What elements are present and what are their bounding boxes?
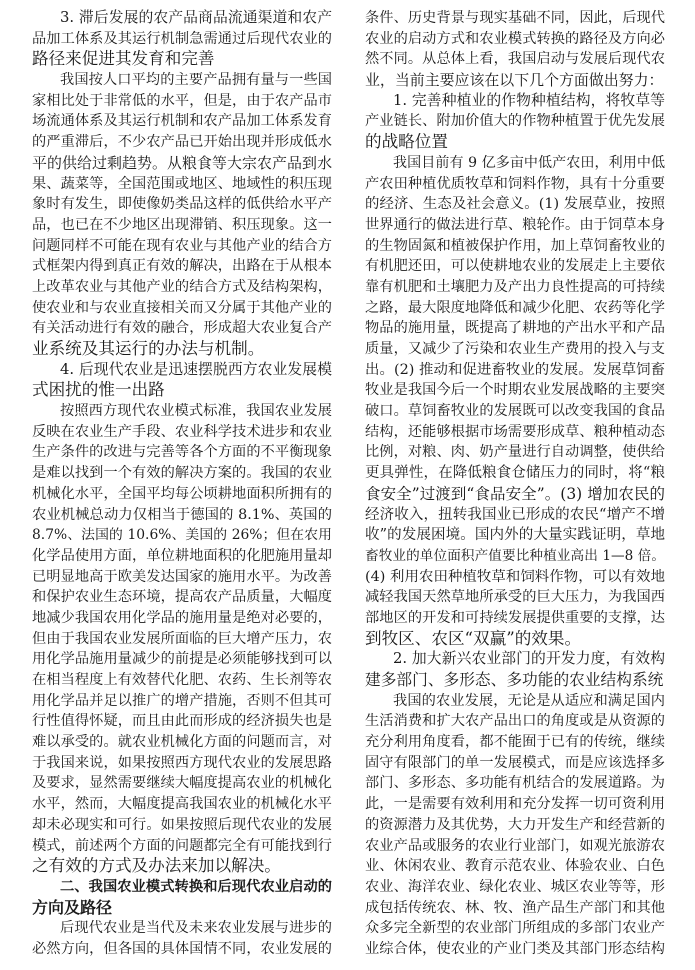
text-line: 农业的启动方式和农业模式转换的路径及方向必 [365,29,665,50]
text-line: 水平，然而，大幅度提高我国农业的机械化水平 [32,794,332,815]
text-line: 于我国来说，如果按照西方现代农业的发展思路 [32,753,332,774]
text-line: 是难以找到一个有效的解决方案的。我国的农业 [32,463,332,484]
text-line: 的资源潜力及其优势，大力开发生产和经营新的 [365,815,665,836]
text-line: 有关活动进行有效的融合，形成超大农业复合产 [32,318,332,339]
text-line: 物品的施用量，既提高了耕地的产出水平和产品 [365,318,665,339]
text-line: 破口。草饲畜牧业的发展既可以改变我国的食品 [365,401,665,422]
text-line: 部门、多形态、多功能有机结合的发展道路。为 [365,773,665,794]
text-line: 8.7%、法国的 10.6%、美国的 26%；但在农用 [32,525,332,546]
text-line: 式框架内得到真正有效的解决，出路在于从根本 [32,256,332,277]
text-line: 我国的农业发展，无论是从适应和满足国内 [365,691,665,712]
text-line: 部地区的开发和可持续发展提供重要的支撑，达 [365,608,665,629]
text-line: 食安全”过渡到“食品安全”。(3) 增加农民的 [365,484,665,505]
text-line: 行性值得怀疑，而且由此而形成的经济损失也是 [32,711,332,732]
text-line: 收”的发展困境。国内外的大量实践证明，草地 [365,525,665,546]
text-line: 条件、历史背景与现实基础不同，因此，后现代 [365,8,665,29]
text-line: 出。(2) 推动和促进畜牧业的发展。发展草饲畜 [365,360,665,381]
text-line: 1. 完善种植业的作物种植结构，将牧草等 [365,91,665,112]
text-line: 比例，对粮、肉、奶产量进行自动调整，使供给 [365,442,665,463]
text-line: 生产条件的改进与完善等各个方面的不平衡现象 [32,442,332,463]
text-line: 4. 后现代农业是迅速摆脱西方农业发展模 [32,360,332,381]
left-text-column: 3. 滞后发展的农产品商品流通渠道和农产品加工体系及其运行机制急需通过后现代农业… [32,8,332,960]
text-line: 减轻我国天然草地所承受的巨大压力，为我国西 [365,587,665,608]
text-line: 靠有机肥和土壤肥力及产出力良性提高的可持续 [365,277,665,298]
section-heading-line: 二、我国农业模式转换和后现代农业启动的 [32,877,332,898]
text-line: 世界通行的做法进行草、粮轮作。由于饲草本身 [365,215,665,236]
text-line: 牧业是我国今后一个时期农业发展战略的主要突 [365,380,665,401]
text-line: 及要求，显然需要继续大幅度提高农业的机械化 [32,773,332,794]
text-line: 更具弹性，在降低粮食仓储压力的同时，将“粮 [365,463,665,484]
text-line: 农业产品或服务的农业行业部门，如观光旅游农 [365,836,665,857]
text-line: 反映在农业生产手段、农业科学技术进步和农业 [32,422,332,443]
text-line: 机械化水平，全国平均每公顷耕地面积所拥有的 [32,484,332,505]
text-line: 果、蔬菜等，全国范围或地区、地域性的积压现 [32,174,332,195]
text-line: 用化学品并足以推广的增产措施，否则不但其可 [32,691,332,712]
text-line: 固守有限部门的单一发展模式，而是应该选择多 [365,753,665,774]
document-page: 3. 滞后发展的农产品商品流通渠道和农产品加工体系及其运行机制急需通过后现代农业… [0,0,695,970]
text-line: 和保护农业生态环境，提高农产品质量，大幅度 [32,587,332,608]
text-line: 之有效的方式及办法来加以解决。 [32,856,332,877]
text-line: 充分利用角度看，都不能囿于已有的传统，继续 [365,732,665,753]
text-line: 场流通体系及其运行机制和农产品加工体系发育 [32,111,332,132]
text-line: 后现代农业是当代及未来农业发展与进步的 [32,918,332,939]
text-line: 已明显地高于欧美发达国家的施用水平。为改善 [32,567,332,588]
text-line: 生活消费和扩大农产品出口的角度或是从资源的 [365,711,665,732]
text-line: 然不同。从总体上看，我国启动与发展后现代农 [365,49,665,70]
text-line: 模式，前述两个方面的问题都完全有可能找到行 [32,836,332,857]
text-line: 平的供给过剩趋势。从粮食等大宗农产品到水 [32,153,332,174]
text-line: 按照西方现代农业模式标准，我国农业发展 [32,401,332,422]
text-line: 的生物固氮和植被保护作用，加上草饲畜牧业的 [365,236,665,257]
text-line: 我国按人口平均的主要产品拥有量与一些国 [32,70,332,91]
text-line: 3. 滞后发展的农产品商品流通渠道和农产 [32,8,332,29]
text-line: 有机肥还田，可以使耕地农业的发展走上主要依 [365,256,665,277]
text-line: 此，一是需要有效利用和充分发挥一切可资利用 [365,794,665,815]
text-line: 质量，又减少了污染和农业生产费用的投入与支 [365,339,665,360]
text-line: 产农田种植优质牧草和饲料作物，具有十分重要 [365,174,665,195]
text-line: 结构，还能够根据市场需要形成草、粮种植动态 [365,422,665,443]
text-line: 化学品使用方面，单位耕地面积的化肥施用量却 [32,546,332,567]
right-text-column: 条件、历史背景与现实基础不同，因此，后现代农业的启动方式和农业模式转换的路径及方… [365,8,665,960]
text-line: 建多部门、多形态、多功能的农业结构系统 [365,670,665,691]
text-line: 的经济、生态及社会意义。(1) 发展草业，按照 [365,194,665,215]
text-line: 业系统及其运行的办法与机制。 [32,339,332,360]
text-line: 的战略位置 [365,132,665,153]
text-line: 使农业和与农业直接相关而又分属于其他产业的 [32,298,332,319]
text-line: 之路，最大限度地降低和减少化肥、农药等化学 [365,298,665,319]
text-line: 问题同样不可能在现有农业与其他产业的结合方 [32,236,332,257]
text-line: 2. 加大新兴农业部门的开发力度，有效构 [365,649,665,670]
text-line: 的严重滞后，不少农产品已开始出现并形成低水 [32,132,332,153]
text-line: 到牧区、农区“双赢”的效果。 [365,629,665,650]
text-line: 产业链长、附加价值大的作物种植置于优先发展 [365,111,665,132]
text-line: 象时有发生，即使像奶类品这样的低供给水平产 [32,194,332,215]
text-line: 家相比处于非常低的水平，但是，由于农产品市 [32,91,332,112]
text-line: 众多完全新型的农业部门所组成的多部门农业产 [365,918,665,939]
text-line: 却未必现实和可行。如果按照后现代农业的发展 [32,815,332,836]
text-line: 用化学品施用量减少的前提是必须能够找到可以 [32,649,332,670]
text-line: 畜牧业的单位面积产值要比种植业高出 1—8 倍。 [365,546,665,567]
text-line: 农业机械总动力仅相当于德国的 8.1%、英国的 [32,505,332,526]
text-line: 但由于我国农业发展所面临的巨大增产压力，农 [32,629,332,650]
text-line: 业综合体，使农业的产业门类及其部门形态结构 [365,939,665,960]
text-line: 我国目前有 9 亿多亩中低产农田，利用中低 [365,153,665,174]
text-line: 品加工体系及其运行机制急需通过后现代农业的 [32,29,332,50]
text-line: 成包括传统农、林、牧、渔产品生产部门和其他 [365,898,665,919]
text-line: 业，当前主要应该在以下几个方面做出努力： [365,70,665,91]
text-line: 经济收入，扭转我国业已形成的农民“增产不增 [365,505,665,526]
text-line: 地减少我国农用化学品的施用量是绝对必要的， [32,608,332,629]
text-line: 农业、海洋农业、绿化农业、城区农业等等，形 [365,877,665,898]
text-line: 难以承受的。就农业机械化方面的问题而言，对 [32,732,332,753]
text-line: 路径来促进其发育和完善 [32,49,332,70]
text-line: (4) 利用农田种植牧草和饲料作物，可以有效地 [365,567,665,588]
text-line: 必然方向，但各国的具体国情不同，农业发展的 [32,939,332,960]
text-line: 在相当程度上有效替代化肥、农药、生长剂等农 [32,670,332,691]
text-line: 式困扰的惟一出路 [32,380,332,401]
text-line: 业、休闲农业、教育示范农业、体验农业、白色 [365,856,665,877]
text-line: 品，也已在不少地区出现滞销、积压现象。这一 [32,215,332,236]
section-heading-line: 方向及路径 [32,898,332,919]
text-line: 上改革农业与其他产业的结合方式及结构架构， [32,277,332,298]
